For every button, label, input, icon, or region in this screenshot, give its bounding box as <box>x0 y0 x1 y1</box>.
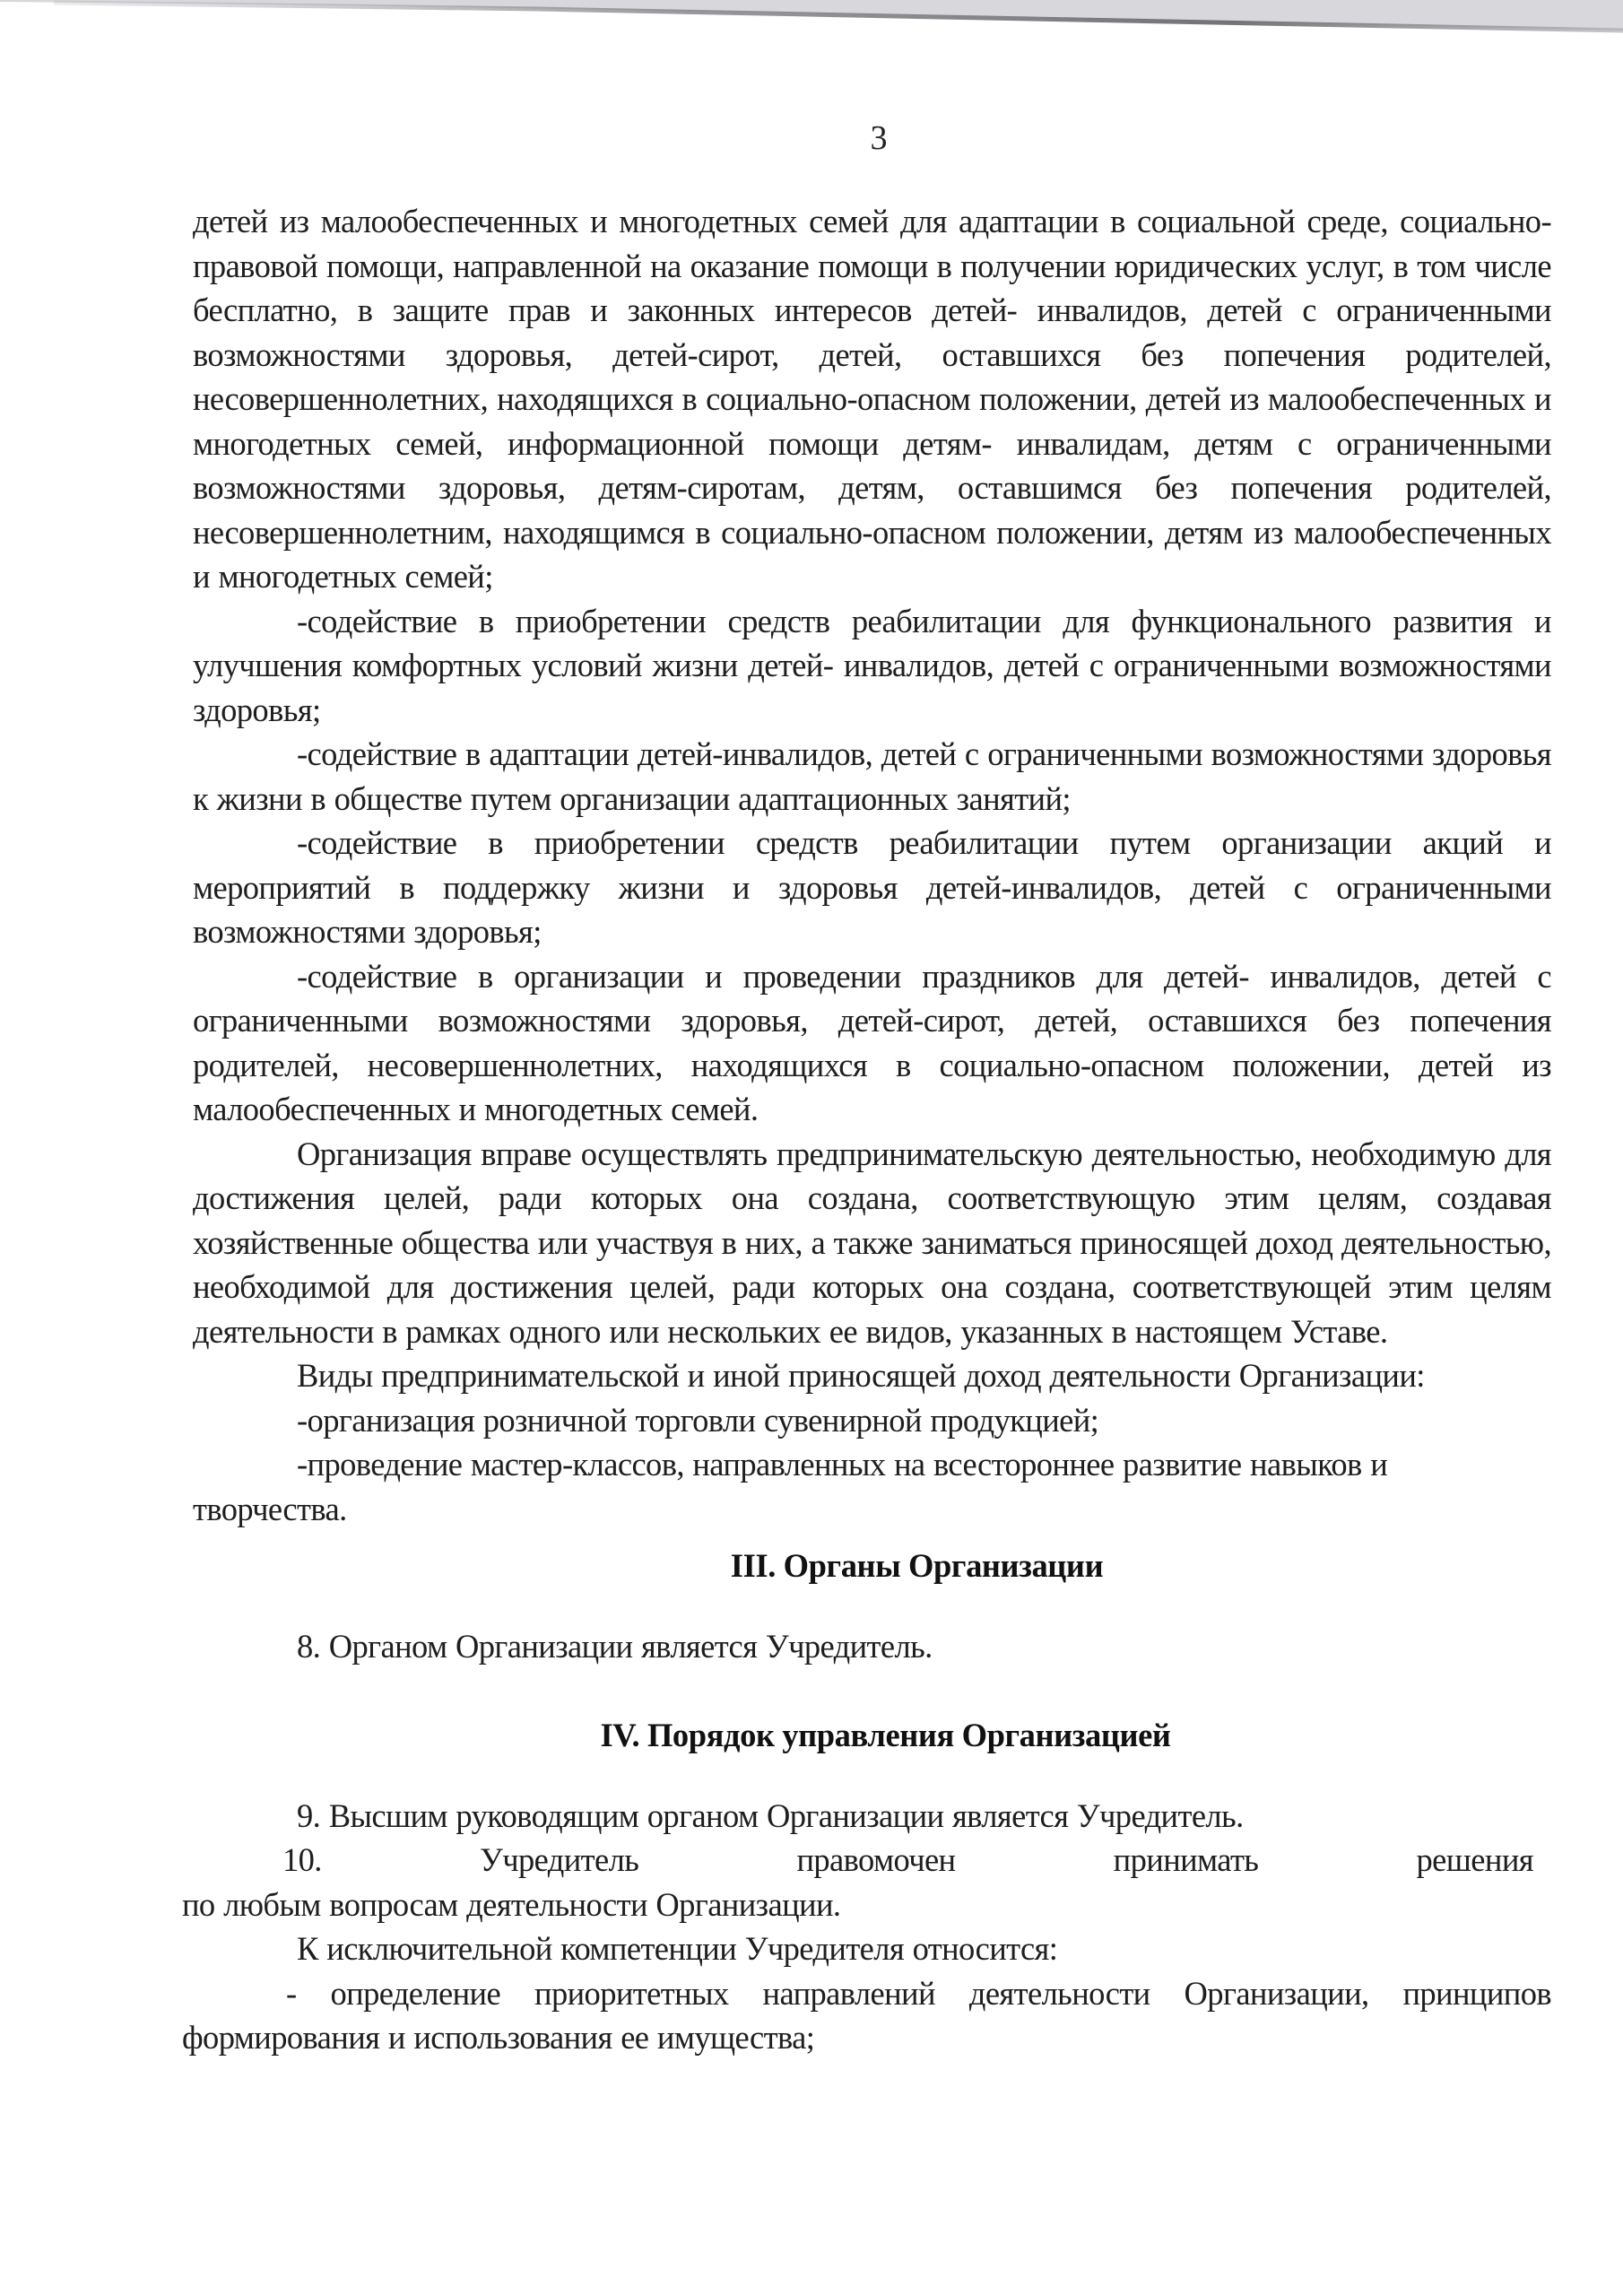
list-item-master-classes: -проведение мастер-классов, направленных… <box>193 1442 1551 1531</box>
paragraph-10-continuation: по любым вопросам деятельности Организац… <box>182 1883 1551 1927</box>
paragraph-10-word: Учредитель <box>480 1838 638 1883</box>
paragraph-activity-types: Виды предпринимательской и иной приносящ… <box>193 1353 1551 1398</box>
list-item-retail: -организация розничной торговли сувенирн… <box>193 1398 1551 1443</box>
scan-edge-shadow <box>0 0 1623 36</box>
paragraph-continuation: детей из малообеспеченных и многодетных … <box>193 199 1551 599</box>
paragraph-10-number: 10. <box>282 1838 322 1883</box>
section-heading-management: IV. Порядок управления Организацией <box>193 1713 1551 1758</box>
section-heading-organs: III. Органы Организации <box>193 1544 1551 1588</box>
paragraph-9: 9. Высшим руководящим органом Организаци… <box>193 1794 1551 1839</box>
paragraph-8: 8. Органом Организации является Учредите… <box>193 1624 1551 1669</box>
paragraph-holidays: -содействие в организации и проведении п… <box>193 954 1551 1132</box>
document-body: детей из малообеспеченных и многодетных … <box>193 199 1551 2060</box>
paragraph-competence: К исключительной компетенции Учредителя … <box>193 1926 1551 1971</box>
page-number: 3 <box>0 118 1623 158</box>
list-item-priorities: - определение приоритетных направлений д… <box>182 1971 1551 2060</box>
paragraph-10-word: принимать <box>1114 1838 1259 1883</box>
paragraph-adaptation: -содействие в адаптации детей-инвалидов,… <box>193 732 1551 821</box>
paragraph-10-word: решения <box>1417 1838 1533 1883</box>
paragraph-10-word: правомочен <box>796 1838 955 1883</box>
paragraph-rehab-actions: -содействие в приобретении средств реаби… <box>193 821 1551 954</box>
paragraph-business-activity: Организация вправе осуществлять предприн… <box>193 1132 1551 1354</box>
paragraph-rehab-functional: -содействие в приобретении средств реаби… <box>193 599 1551 733</box>
paragraph-10-first-line: 10. Учредитель правомочен принимать реше… <box>193 1838 1551 1883</box>
